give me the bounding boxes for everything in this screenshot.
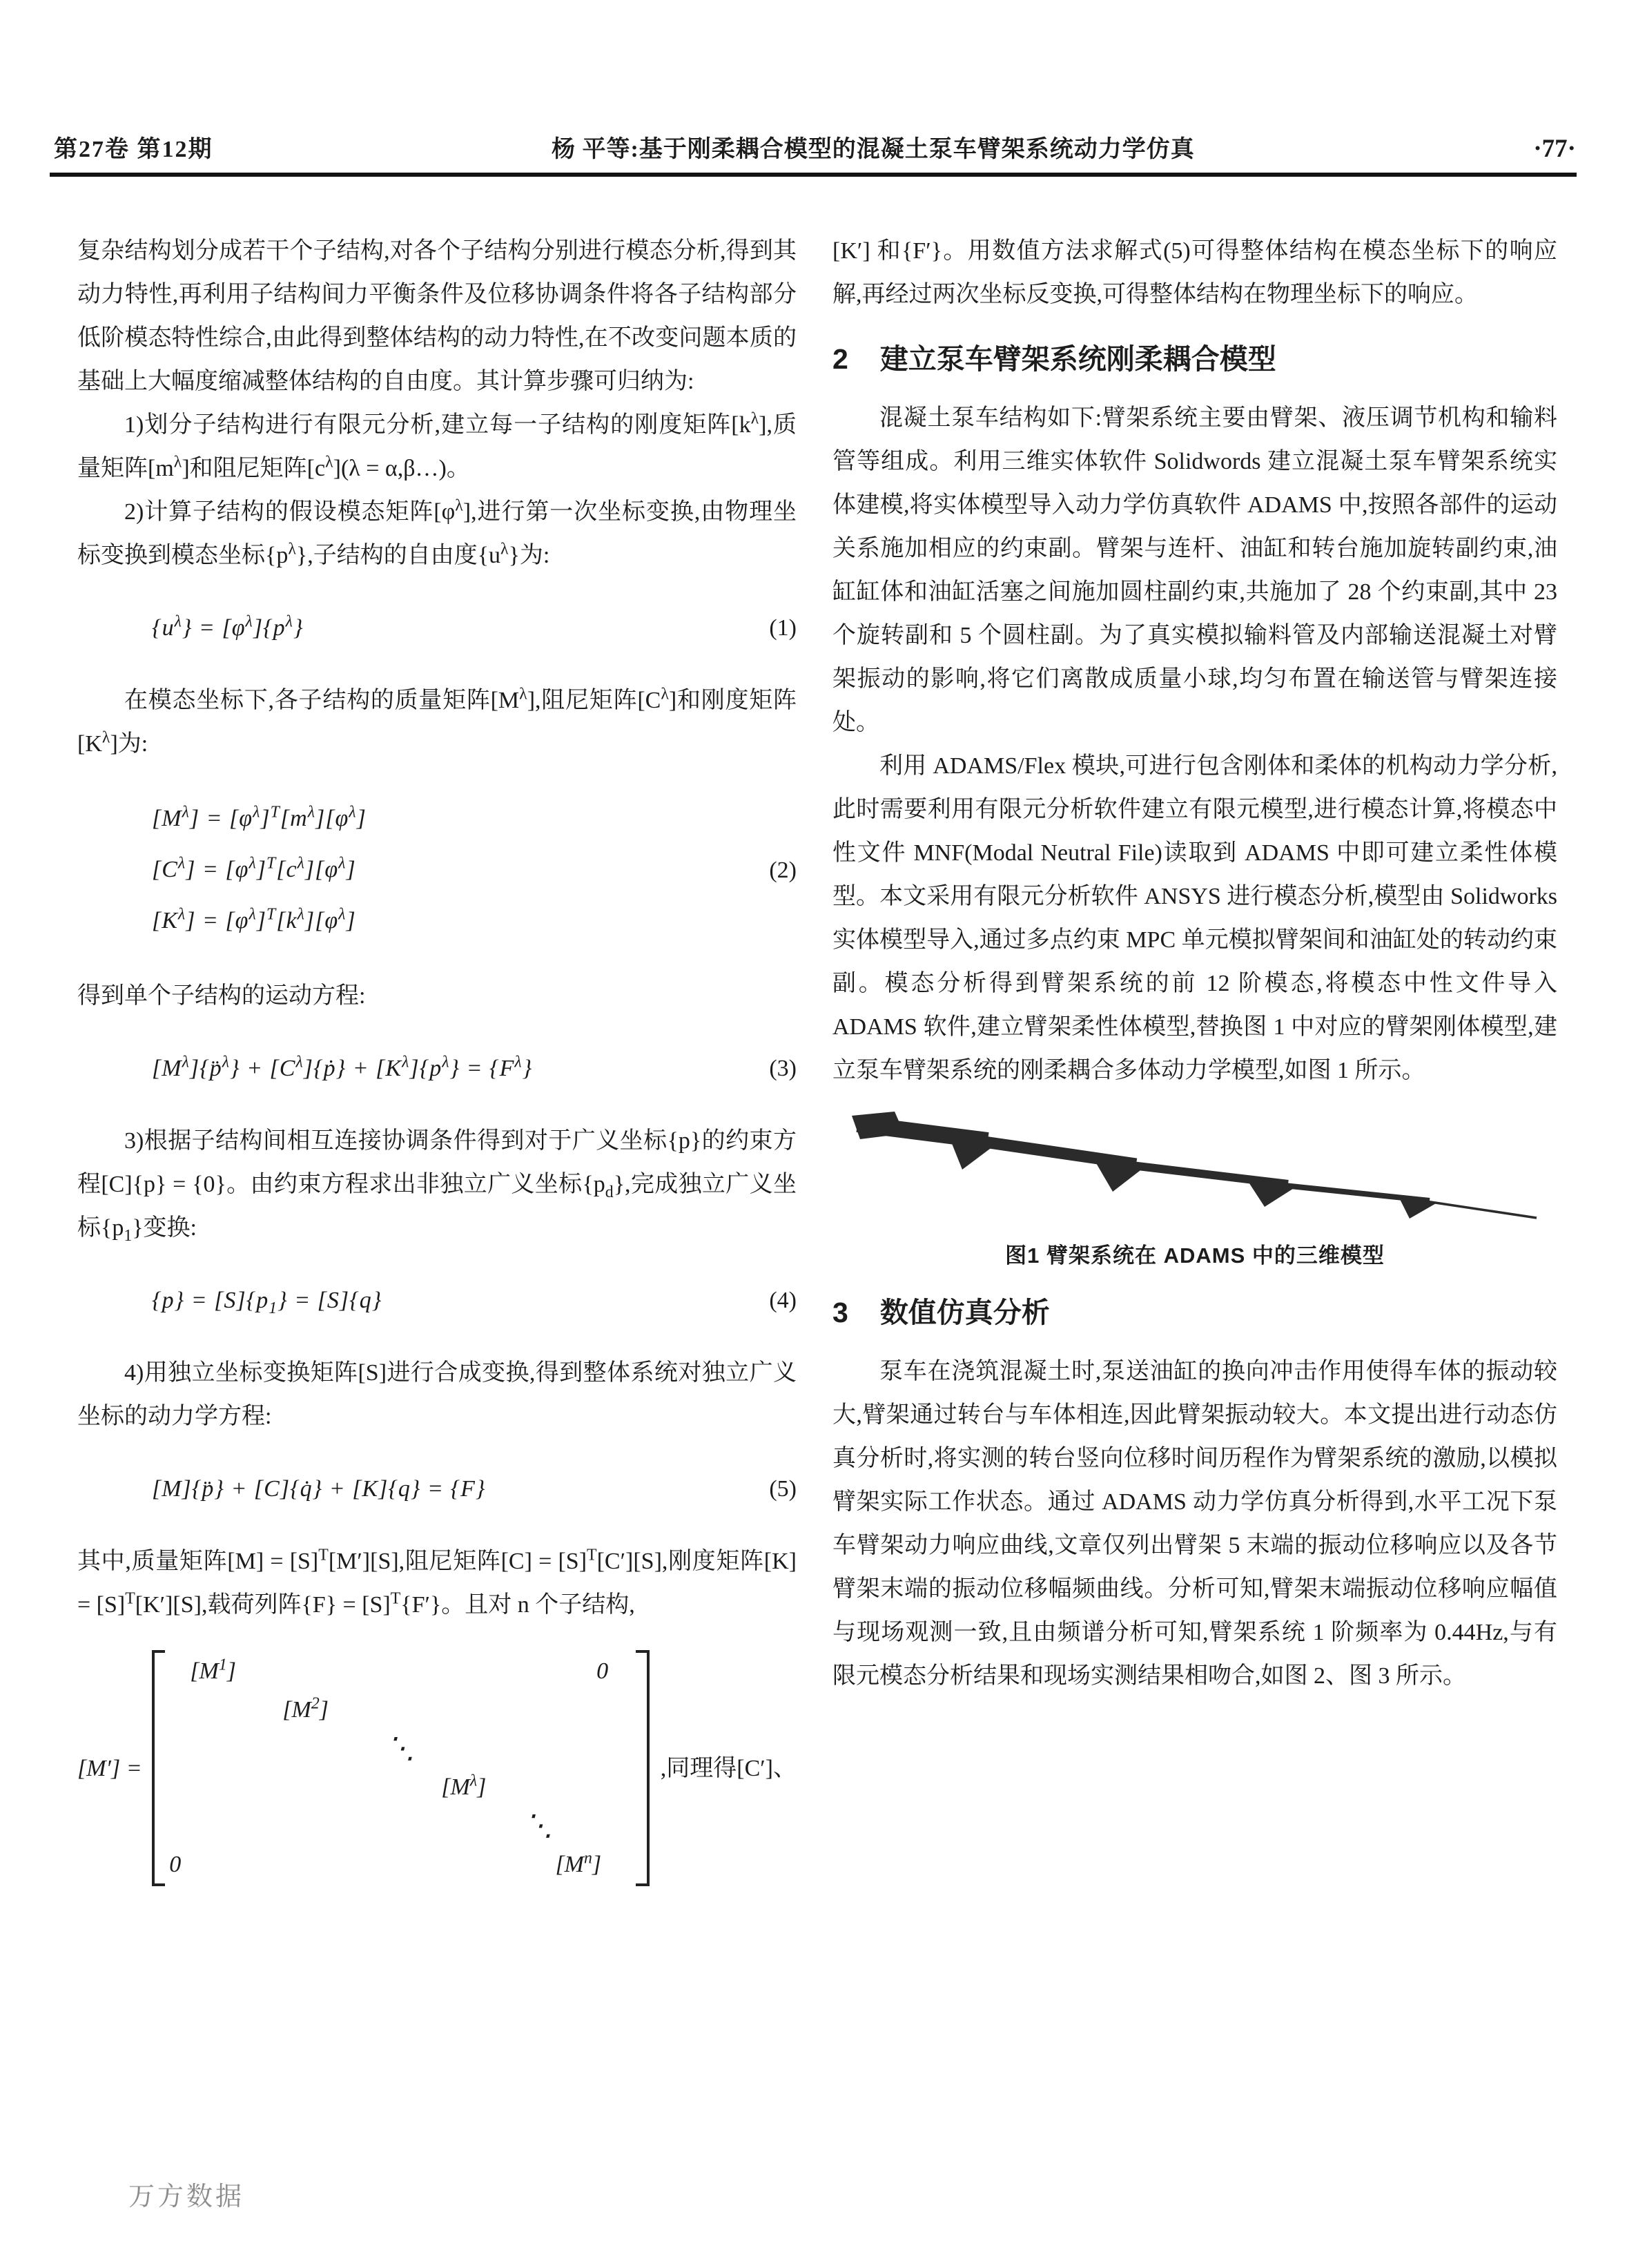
paragraph-model-2: 利用 ADAMS/Flex 模块,可进行包含刚体和柔体的机构动力学分析,此时需要… <box>832 744 1557 1092</box>
matrix-right-bracket <box>636 1650 650 1886</box>
figure-1: 图1 臂架系统在 ADAMS 中的三维模型 <box>832 1110 1557 1270</box>
section-3-title: 数值仿真分析 <box>880 1296 1050 1329</box>
equation-4-body: {p} = [S]{p1} = [S]{q} <box>152 1279 382 1322</box>
equation-2-line-1: [Mλ] = [φλ]T[mλ][φλ] <box>152 796 367 842</box>
equation-5: [M]{p̈} + [C]{q̇} + [K]{q} = {F} (5) <box>77 1467 797 1511</box>
paragraph-modal: 在模态坐标下,各子结构的质量矩阵[Mλ],阻尼矩阵[Cλ]和刚度矩阵[Kλ]为: <box>77 679 797 766</box>
matrix-diagonal-dots-1: ⋱ <box>386 1732 419 1766</box>
equation-3: [Mλ]{p̈λ} + [Cλ]{ṗ} + [Kλ]{pλ} = {Fλ} (3… <box>77 1047 797 1090</box>
wanfang-watermark: 万方数据 <box>128 2175 244 2213</box>
paragraph-simulation: 泵车在浇筑混凝土时,泵送油缸的换向冲击作用使得车体的振动较大,臂架通过转台与车体… <box>832 1350 1557 1698</box>
figure1-boom-model-image <box>846 1110 1543 1224</box>
paragraph-where: 其中,质量矩阵[M] = [S]T[M′][S],阻尼矩阵[C] = [S]T[… <box>77 1540 797 1627</box>
equation-3-number: (3) <box>769 1047 797 1090</box>
paragraph-step1: 1)划分子结构进行有限元分析,建立每一子结构的刚度矩阵[kλ],质量矩阵[mλ]… <box>77 403 797 490</box>
paragraph-intro: 复杂结构划分成若干个子结构,对各个子结构分别进行模态分析,得到其动力特性,再利用… <box>77 229 797 403</box>
paragraph-model-1: 混凝土泵车结构如下:臂架系统主要由臂架、液压调节机构和输料管等组成。利用三维实体… <box>832 396 1557 744</box>
equation-4-number: (4) <box>769 1279 797 1322</box>
section-3-heading: 3 数值仿真分析 <box>832 1296 1557 1329</box>
section-2-title: 建立泵车臂架系统刚柔耦合模型 <box>880 342 1276 376</box>
section-2-heading: 2 建立泵车臂架系统刚柔耦合模型 <box>832 342 1557 376</box>
paragraph-continuation: [K′] 和{F′}。用数值方法求解式(5)可得整体结构在模态坐标下的响应解,再… <box>832 229 1557 316</box>
matrix-rhs: ,同理得[C′]、 <box>661 1747 797 1790</box>
matrix-cell-m1: [M1] <box>190 1654 236 1689</box>
running-title: 杨 平等:基于刚柔耦合模型的混凝土泵车臂架系统动力学仿真 <box>213 130 1534 164</box>
equation-2-line-2: [Cλ] = [φλ]T[cλ][φλ] <box>152 847 367 893</box>
equation-3-body: [Mλ]{p̈λ} + [Cλ]{ṗ} + [Kλ]{pλ} = {Fλ} <box>152 1047 532 1090</box>
matrix-cell-m2: [M2] <box>282 1693 329 1727</box>
header-rule <box>50 173 1577 177</box>
paragraph-step4: 4)用独立坐标变换矩阵[S]进行合成变换,得到整体系统对独立广义坐标的动力学方程… <box>77 1351 797 1438</box>
equation-2-lines: [Mλ] = [φλ]T[mλ][φλ] [Cλ] = [φλ]T[cλ][φλ… <box>77 796 367 944</box>
matrix-cell-zero-top: 0 <box>596 1654 608 1689</box>
section-3-number: 3 <box>832 1296 848 1329</box>
equation-2: [Mλ] = [φλ]T[mλ][φλ] [Cλ] = [φλ]T[cλ][φλ… <box>77 796 797 944</box>
equation-1: {uλ} = [φλ]{pλ} (1) <box>77 606 797 650</box>
equation-1-body: {uλ} = [φλ]{pλ} <box>152 606 304 650</box>
page-number: ·77· <box>1533 134 1576 164</box>
matrix-cell-zero-bottom: 0 <box>169 1848 181 1882</box>
equation-4: {p} = [S]{p1} = [S]{q} (4) <box>77 1279 797 1322</box>
matrix-diagonal-dots-2: ⋱ <box>524 1809 557 1843</box>
equation-1-number: (1) <box>769 606 797 650</box>
matrix-cell-mlambda: [Mλ] <box>441 1770 486 1805</box>
paragraph-step3: 3)根据子结构间相互连接协调条件得到对于广义坐标{p}的约束方程[C]{p} =… <box>77 1119 797 1250</box>
equation-5-body: [M]{p̈} + [C]{q̇} + [K]{q} = {F} <box>152 1467 485 1511</box>
page-header: 第27卷 第12期 杨 平等:基于刚柔耦合模型的混凝土泵车臂架系统动力学仿真 ·… <box>54 130 1576 164</box>
section-2-number: 2 <box>832 342 848 376</box>
journal-issue: 第27卷 第12期 <box>54 130 213 164</box>
equation-2-number: (2) <box>769 849 797 892</box>
journal-page: 第27卷 第12期 杨 平等:基于刚柔耦合模型的混凝土泵车臂架系统动力学仿真 ·… <box>0 0 1627 2268</box>
paragraph-motion: 得到单个子结构的运动方程: <box>77 974 797 1018</box>
matrix-cell-mn: [Mn] <box>555 1848 601 1882</box>
equation-2-line-3: [Kλ] = [φλ]T[kλ][φλ] <box>152 898 367 944</box>
matrix-equation: [M′] = [M1] 0 [M2] ⋱ [Mλ] ⋱ <box>77 1650 797 1886</box>
right-column: [K′] 和{F′}。用数值方法求解式(5)可得整体结构在模态坐标下的响应解,再… <box>832 229 1557 1698</box>
paragraph-step2: 2)计算子结构的假设模态矩阵[φλ],进行第一次坐标变换,由物理坐标变换到模态坐… <box>77 490 797 577</box>
matrix-left-bracket <box>152 1650 166 1886</box>
left-column: 复杂结构划分成若干个子结构,对各个子结构分别进行模态分析,得到其动力特性,再利用… <box>77 229 797 1886</box>
matrix-lhs: [M′] = <box>77 1747 142 1790</box>
equation-5-number: (5) <box>769 1467 797 1511</box>
matrix-grid: [M1] 0 [M2] ⋱ [Mλ] ⋱ 0 [Mn] <box>165 1650 636 1886</box>
figure-1-caption: 图1 臂架系统在 ADAMS 中的三维模型 <box>832 1242 1557 1270</box>
